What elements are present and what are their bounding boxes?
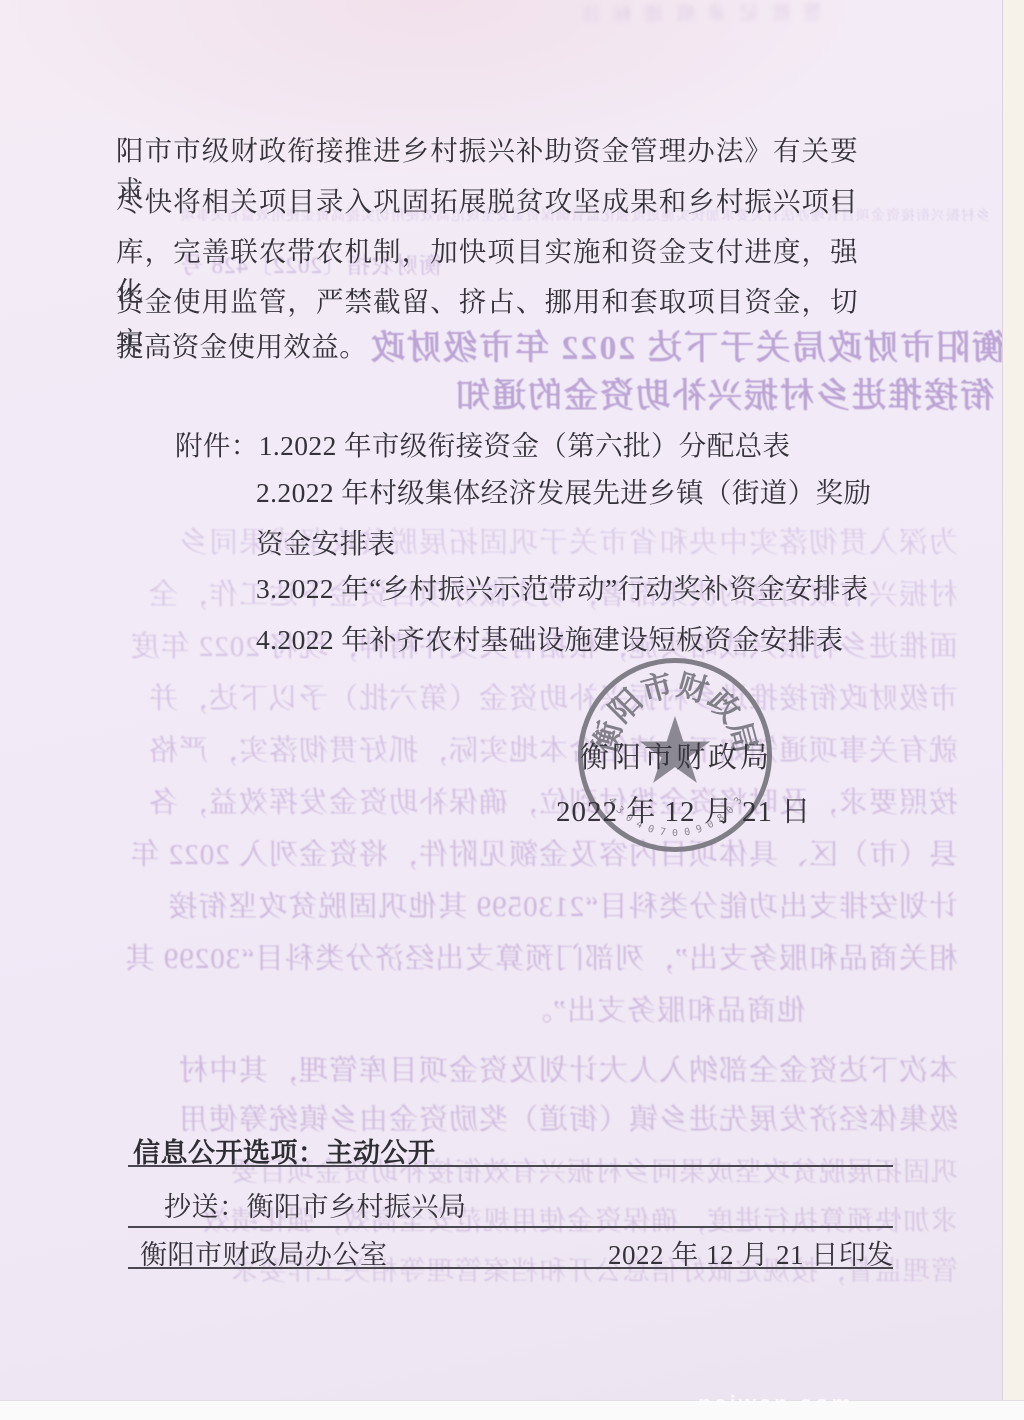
- scanned-document-page: 乡村振兴衔接资金项目管理办法有关要求加快实施进度强化监管确保资金安全规范高效使用…: [0, 0, 1024, 1420]
- issuer-name: 衡阳市财政局: [580, 735, 770, 776]
- attachment-line: 3.2022 年“乡村振兴示范带动”行动奖补资金安排表: [256, 566, 869, 606]
- cc-line: 抄送：衡阳市乡村振兴局: [164, 1185, 467, 1224]
- scan-smudge-top: 签 批 记 录 痕 迹 标 注: [238, 0, 822, 31]
- issue-date: 2022 年 12 月 21 日: [556, 789, 796, 830]
- bleedthrough-line: 他商品和服务支出”。: [470, 988, 806, 1029]
- footer-rule: [128, 1267, 893, 1269]
- body-line: 尽快将相关项目录入巩固拓展脱贫攻坚成果和乡村振兴项目: [116, 179, 858, 219]
- attachment-line: 2.2022 年村级集体经济发展先进乡镇（街道）奖励: [256, 470, 871, 510]
- bleedthrough-line: 计划安排支出功能分类科目“2130599 其他巩固脱贫攻坚衔接: [90, 884, 958, 925]
- cc-label: 抄送：: [164, 1192, 247, 1222]
- cc-value: 衡阳市乡村振兴局: [247, 1192, 467, 1222]
- footer-rule: [128, 1226, 893, 1228]
- bleedthrough-line: 本次下达资金全部纳入人大计划及资金项目库管理，其中村: [90, 1048, 958, 1089]
- bleedthrough-line: 县（市）区、具体项目内容及金额见附件，将资金列入 2022 年: [90, 832, 958, 873]
- body-line: 提高资金使用效益。: [116, 324, 858, 364]
- attachment-line: 资金安排表: [256, 521, 396, 561]
- scan-edge-bottom: [0, 1400, 1024, 1420]
- bleedthrough-title-line: 衔接推进乡村振兴补助资金的通知: [410, 368, 994, 417]
- watermark-text: paiwen com: [698, 1391, 1010, 1403]
- attachment-label: 附件：: [175, 430, 259, 461]
- bleedthrough-line: 为深入贯彻落实中央和省市关于巩固拓展脱贫攻坚成果同乡: [90, 520, 958, 561]
- bleedthrough-line: 按照要求，及时将资金拨付到位，确保补助资金发挥效益，各: [90, 780, 958, 821]
- attachment-line: 4.2022 年补齐农村基础设施建设短板资金安排表: [256, 617, 844, 657]
- attachment-line: 附件：1.2022 年市级衔接资金（第六批）分配总表: [175, 423, 790, 463]
- scan-edge-right: [1002, 0, 1024, 1402]
- bleedthrough-line: 相关商品和服务支出”，列部门预算支出经济分类科目“30299 其: [90, 936, 958, 977]
- footer-rule: [128, 1165, 893, 1167]
- bleedthrough-line: 市级财政衔接推进乡村振兴补助资金（第六批）予以下达，并: [90, 676, 958, 717]
- attachment-item: 1.2022 年市级衔接资金（第六批）分配总表: [259, 430, 791, 461]
- bleedthrough-line: 就有关事项通知如下，请结合本地实际，抓好贯彻落实，严格: [90, 728, 958, 769]
